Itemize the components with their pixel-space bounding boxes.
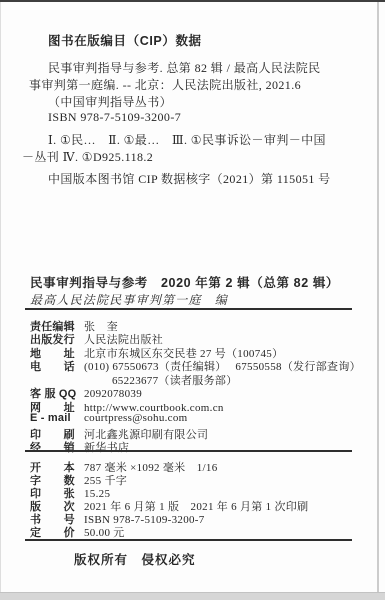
cip-header: 图书在版编目（CIP）数据 <box>48 31 202 49</box>
cip-isbn: ISBN 978-7-5109-3200-7 <box>48 110 181 125</box>
cip-record-number: 中国版本图书馆 CIP 数据核字（2021）第 115051 号 <box>48 170 331 187</box>
scan-edge-top <box>0 0 385 2</box>
divider-rule-2 <box>25 450 352 452</box>
cip-series: （中国审判指导丛书） <box>48 93 172 110</box>
scan-edge-bottom <box>0 592 385 600</box>
info-value: courtpress@sohu.com <box>84 412 188 424</box>
info-value: 新华书店 <box>84 439 129 455</box>
scan-edge-right <box>377 2 379 593</box>
book-editor: 最高人民法院民事审判第一庭 编 <box>30 291 228 308</box>
book-title: 民事审判指导与参考 2020 年第 2 辑（总第 82 辑） <box>30 273 339 291</box>
cip-classification-line2: －丛刊 Ⅳ. ①D925.118.2 <box>22 148 153 165</box>
cip-classification-line1: Ⅰ. ①民… Ⅱ. ①最… Ⅲ. ①民事诉讼－审判－中国 <box>48 131 326 148</box>
spec-row-price: 定 价 50.00 元 <box>30 524 125 540</box>
divider-rule-3 <box>25 539 352 541</box>
scan-edge-left <box>0 2 1 593</box>
info-value: 50.00 元 <box>84 524 125 540</box>
cip-description-line1: 民事审判指导与参考. 总第 82 辑 / 最高人民法院民 <box>48 59 321 76</box>
divider-rule-1 <box>25 308 352 310</box>
info-label: 电 话 <box>30 358 78 374</box>
info-label: E - mail <box>30 412 78 424</box>
info-label: 经 销 <box>30 439 78 455</box>
info-row-distributor: 经 销 新华书店 <box>30 439 129 455</box>
cip-description-line2: 事审判第一庭编. -- 北京：人民法院出版社, 2021.6 <box>29 76 301 93</box>
info-label: 定 价 <box>30 524 78 540</box>
info-row-email: E - mail courtpress@sohu.com <box>30 412 188 424</box>
copyright-page: 图书在版编目（CIP）数据 民事审判指导与参考. 总第 82 辑 / 最高人民法… <box>0 0 385 600</box>
copyright-notice: 版权所有 侵权必究 <box>74 550 196 568</box>
